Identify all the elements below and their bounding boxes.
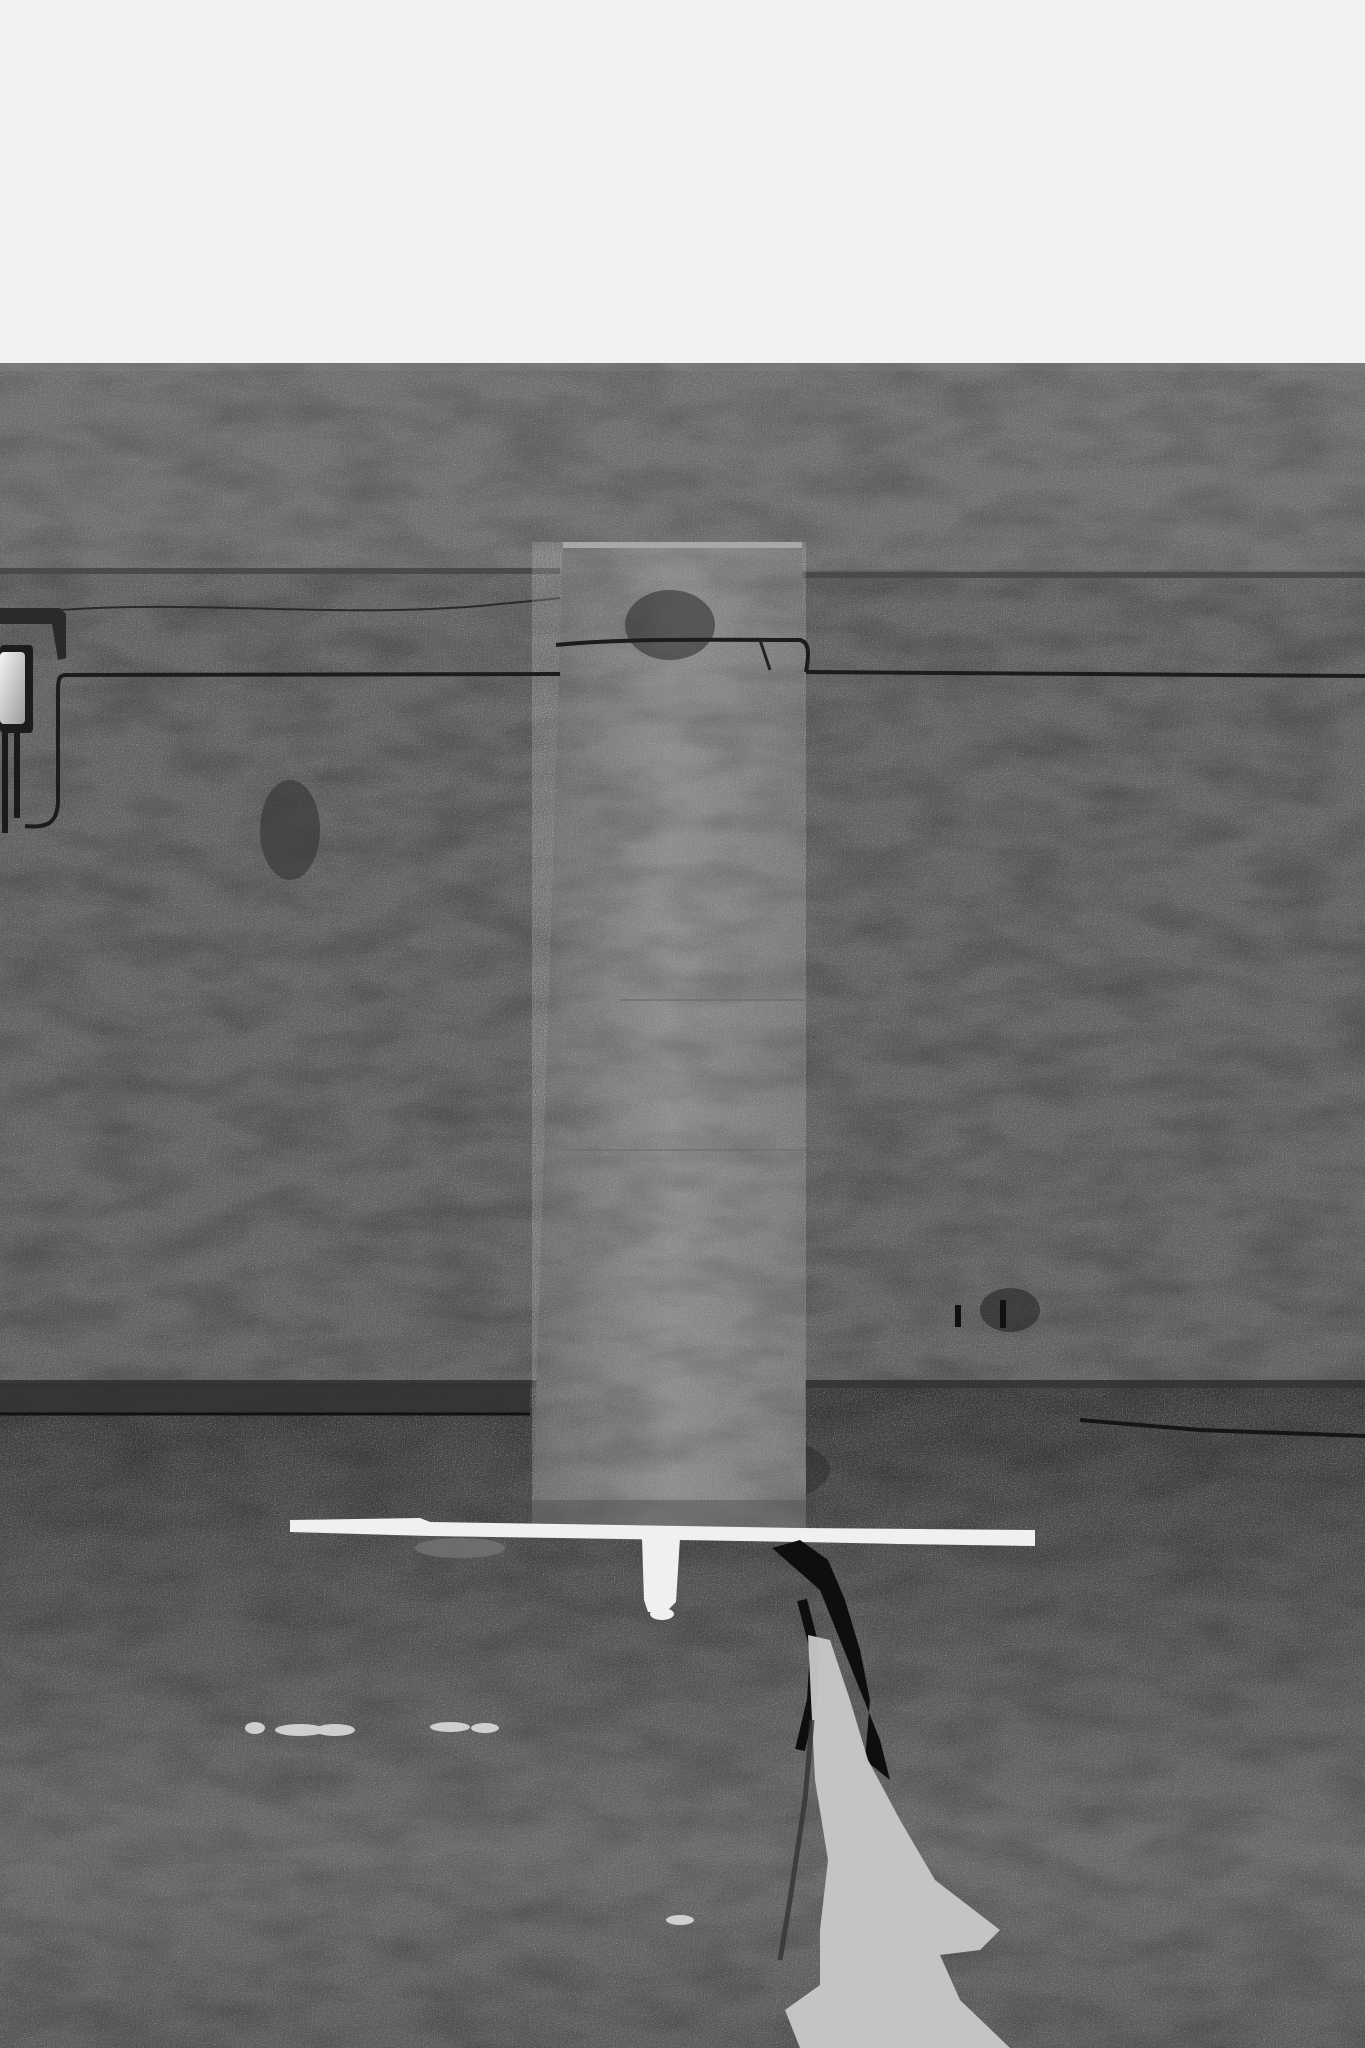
seawall-upper-band [0, 363, 1365, 573]
photo-svg [0, 0, 1365, 2048]
concrete-pillar [532, 542, 806, 1528]
photo-scene [0, 0, 1365, 2048]
